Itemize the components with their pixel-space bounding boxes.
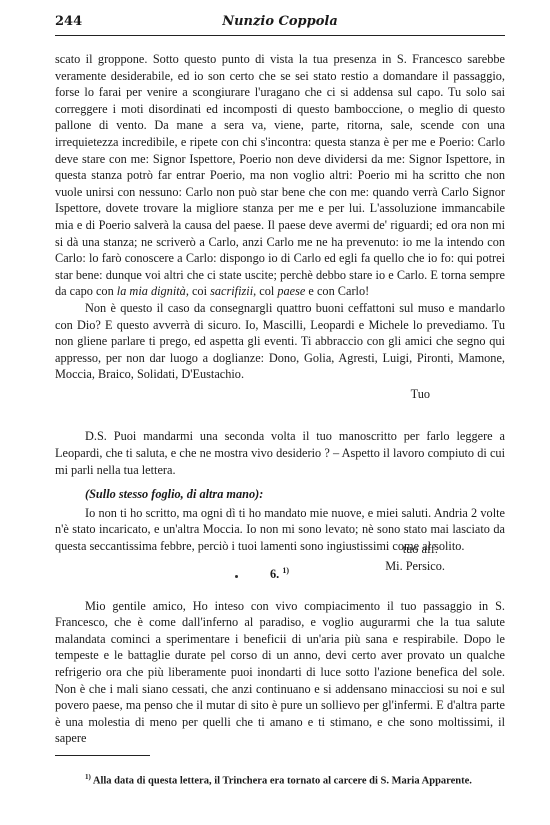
- postscript-paragraph: D.S. Puoi mandarmi una seconda volta il …: [55, 428, 505, 478]
- page-body: scato il groppone. Sotto questo punto di…: [55, 51, 505, 747]
- signoff-line-2: Mi. Persico.: [385, 558, 445, 575]
- footnote-text: Alla data di questa lettera, il Trincher…: [93, 776, 472, 787]
- spacer: [55, 589, 505, 598]
- letter-number: 6. 1): [270, 563, 289, 583]
- paragraph-text: scato il groppone. Sotto questo punto di…: [55, 52, 505, 298]
- footnote: 1) Alla data di questa lettera, il Trinc…: [55, 770, 505, 789]
- italic-phrase: sacrifizii: [210, 284, 253, 298]
- page-header: 244 Nunzio Coppola: [55, 14, 505, 36]
- footnote-ref: 1): [282, 566, 289, 575]
- signature-tuo: Tuo: [55, 386, 505, 403]
- paragraph-text: , coi: [186, 284, 210, 298]
- italic-phrase: paese: [277, 284, 305, 298]
- italic-phrase: la mia dignità: [117, 284, 186, 298]
- paragraph-text: , col: [253, 284, 277, 298]
- postscript-subheading: (Sullo stesso foglio, di altra mano):: [55, 486, 505, 503]
- signoff-block: tuo aff. Mi. Persico. 6. 1): [55, 555, 505, 589]
- letter-paragraph-1: scato il groppone. Sotto questo punto di…: [55, 51, 505, 300]
- scan-speck: [235, 575, 238, 578]
- header-rule: [55, 35, 505, 36]
- letter-paragraph-2: Non è questo il caso da consegnargli qua…: [55, 300, 505, 383]
- spacer: [55, 402, 505, 428]
- letter-number-text: 6.: [270, 567, 279, 581]
- signoff-line-1: tuo aff.: [403, 541, 438, 558]
- footnote-rule: [55, 755, 150, 756]
- footnote-marker: 1): [85, 773, 91, 781]
- running-head: Nunzio Coppola: [55, 14, 505, 29]
- letter-6-paragraph: Mio gentile amico, Ho inteso con vivo co…: [55, 598, 505, 747]
- paragraph-text: e con Carlo!: [305, 284, 369, 298]
- footnote-paragraph: 1) Alla data di questa lettera, il Trinc…: [55, 770, 505, 789]
